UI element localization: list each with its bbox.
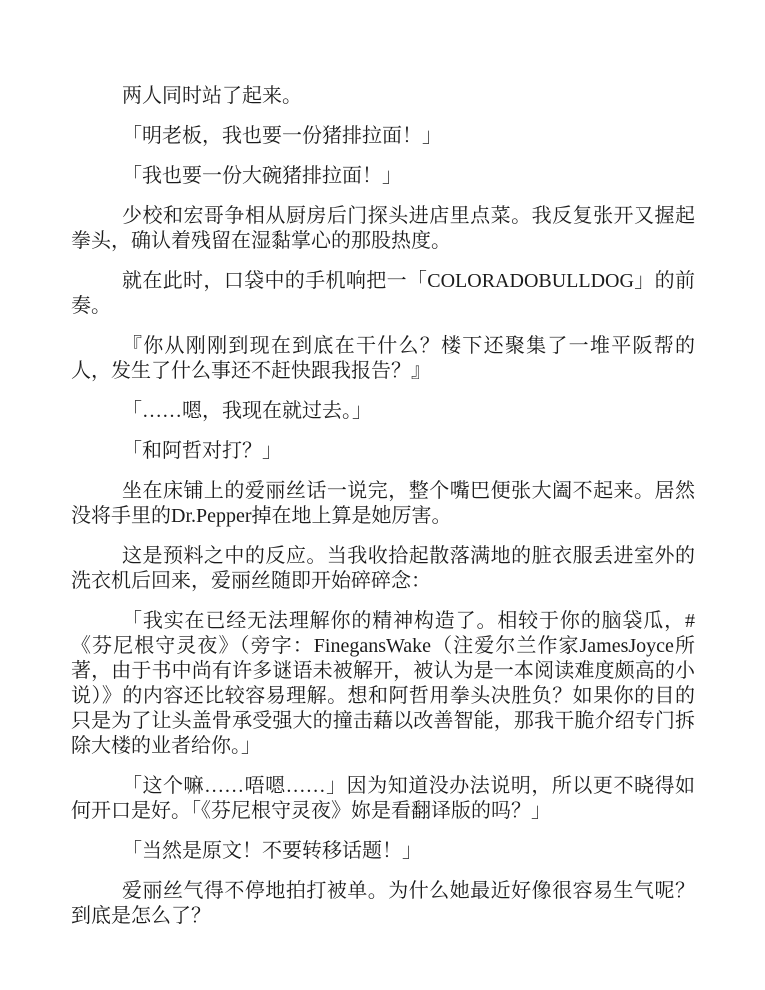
paragraph: 爱丽丝气得不停地拍打被单。为什么她最近好像很容易生气呢？到底是怎么了？ xyxy=(71,879,695,929)
text-column: 两人同时站了起来。 「明老板，我也要一份猪排拉面！」 「我也要一份大碗猪排拉面！… xyxy=(71,84,695,929)
paragraph-dialogue: 「我也要一份大碗猪排拉面！」 xyxy=(71,164,695,189)
paragraph-dialogue: 「这个嘛……唔嗯……」因为知道没办法说明，所以更不晓得如何开口是好。「《芬尼根守… xyxy=(71,774,695,824)
novel-page: 两人同时站了起来。 「明老板，我也要一份猪排拉面！」 「我也要一份大碗猪排拉面！… xyxy=(0,0,765,990)
paragraph-dialogue: 「当然是原文！不要转移话题！」 xyxy=(71,839,695,864)
paragraph: 坐在床铺上的爱丽丝话一说完，整个嘴巴便张大阖不起来。居然没将手里的Dr.Pepp… xyxy=(71,479,695,529)
paragraph: 两人同时站了起来。 xyxy=(71,84,695,109)
paragraph-phone-dialogue: 『你从刚刚到现在到底在干什么？楼下还聚集了一堆平阪帮的人，发生了什么事还不赶快跟… xyxy=(71,334,695,384)
paragraph: 这是预料之中的反应。当我收拾起散落满地的脏衣服丢进室外的洗衣机后回来，爱丽丝随即… xyxy=(71,544,695,594)
paragraph-dialogue: 「和阿哲对打？」 xyxy=(71,439,695,464)
paragraph-dialogue: 「我实在已经无法理解你的精神构造了。相较于你的脑袋瓜，#《芬尼根守灵夜》（旁字：… xyxy=(71,609,695,759)
paragraph: 就在此时，口袋中的手机响把一「COLORADOBULLDOG」的前奏。 xyxy=(71,269,695,319)
paragraph-dialogue: 「……嗯，我现在就过去。」 xyxy=(71,399,695,424)
paragraph-dialogue: 「明老板，我也要一份猪排拉面！」 xyxy=(71,124,695,149)
paragraph: 少校和宏哥争相从厨房后门探头进店里点菜。我反复张开又握起拳头，确认着残留在湿黏掌… xyxy=(71,204,695,254)
